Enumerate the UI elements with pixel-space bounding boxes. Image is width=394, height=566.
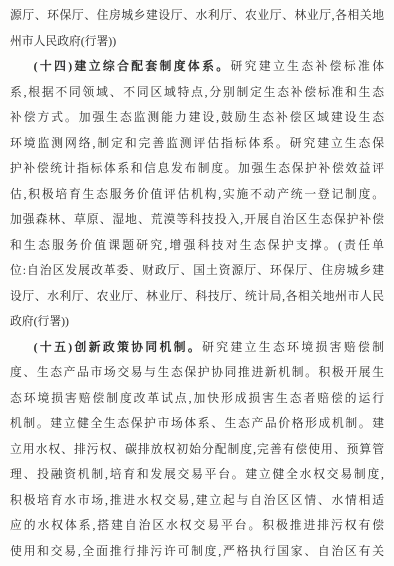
body-text: 系,根据不同领域、不同区域特点,分别制定生态补偿标准和生态 [10,85,384,99]
text-line: 使用和交易,全面推行排污许可制度,严格执行国家、自治区有关 [10,539,384,565]
responsible-units-text: 州市人民政府(行署)) [10,34,116,48]
body-text: 度、生态产品市场交易与生态保护协同推进新机制。积极开展生 [10,365,384,379]
body-text: 护补偿统计指标体系和信息发布制度。加强生态保护补偿效益评 [10,161,384,175]
responsible-units-text: 设厅、水利厅、农业厅、林业厅、科技厅、统计局,各相关地州市人民 [10,289,384,303]
text-line-responsible-units-end: 政府(行署)) [10,309,384,335]
body-text: 估,积极培育生态服务价值评估机构,实施不动产统一登记制度。 [10,187,384,201]
text-line-responsible-units: 设厅、水利厅、农业厅、林业厅、科技厅、统计局,各相关地州市人民 [10,284,384,310]
body-text: 研究建立生态环境损害赔偿制 [202,340,384,354]
body-text: 理、投融资机制,培育和发展交易平台。建立健全水权交易制度, [10,467,384,481]
text-line-responsible-units-continued: 源厅、环保厅、住房城乡建设厅、水利厅、农业厅、林业厅,各相关地 [10,3,384,29]
body-text: 研究建立生态补偿标准体 [230,59,384,73]
text-line-responsible-units-end: 州市人民政府(行署)) [10,29,384,55]
text-line: 加强森林、草原、湿地、荒漠等科技投入,开展自治区生态保护补偿 [10,207,384,233]
text-line: 系,根据不同领域、不同区域特点,分别制定生态补偿标准和生态 [10,80,384,106]
text-line: 护补偿统计指标体系和信息发布制度。加强生态保护补偿效益评 [10,156,384,182]
text-line-section-15-start: (十五)创新政策协同机制。研究建立生态环境损害赔偿制 [10,335,384,361]
text-line: 积极培育水市场,推进水权交易,建立起与自治区区情、水情相适 [10,488,384,514]
body-text: 机制。建立健全生态保护市场体系、生态产品价格形成机制。建 [10,416,384,430]
text-line: 态环境损害赔偿制度改革试点,加快形成损害生态者赔偿的运行 [10,386,384,412]
text-line: 度、生态产品市场交易与生态保护协同推进新机制。积极开展生 [10,360,384,386]
body-text: 立用水权、排污权、碳排放权初始分配制度,完善有偿使用、预算管 [10,442,384,456]
document-page: 源厅、环保厅、住房城乡建设厅、水利厅、农业厅、林业厅,各相关地 州市人民政府(行… [0,0,394,566]
text-line: 估,积极培育生态服务价值评估机构,实施不动产统一登记制度。 [10,182,384,208]
section-15-heading: (十五)创新政策协同机制。 [34,340,203,354]
body-text: 加强森林、草原、湿地、荒漠等科技投入,开展自治区生态保护补偿 [10,212,384,226]
text-line: 环境监测网络,制定和完善监测评估指标体系。研究建立生态保 [10,131,384,157]
body-text: 和生态服务价值课题研究,增强科技对生态保护支撑。 [10,238,338,252]
body-text: 积极培育水市场,推进水权交易,建立起与自治区区情、水情相适 [10,493,384,507]
body-text: 补偿方式。加强生态监测能力建设,鼓励生态补偿区域建设生态 [10,110,384,124]
text-line-responsible-units: 位:自治区发展改革委、财政厅、国土资源厅、环保厅、住房城乡建 [10,258,384,284]
text-line: 立用水权、排污权、碳排放权初始分配制度,完善有偿使用、预算管 [10,437,384,463]
text-line: 机制。建立健全生态保护市场体系、生态产品价格形成机制。建 [10,411,384,437]
text-line: 应的水权体系,搭建自治区水权交易平台。积极推进排污权有偿 [10,513,384,539]
responsible-units-text: 源厅、环保厅、住房城乡建设厅、水利厅、农业厅、林业厅,各相关地 [10,8,384,22]
body-text: 应的水权体系,搭建自治区水权交易平台。积极推进排污权有偿 [10,518,384,532]
text-line: 理、投融资机制,培育和发展交易平台。建立健全水权交易制度, [10,462,384,488]
text-line: 补偿方式。加强生态监测能力建设,鼓励生态补偿区域建设生态 [10,105,384,131]
body-text: 环境监测网络,制定和完善监测评估指标体系。研究建立生态保 [10,136,384,150]
body-text: 态环境损害赔偿制度改革试点,加快形成损害生态者赔偿的运行 [10,391,384,405]
text-line-responsible-units-start: 和生态服务价值课题研究,增强科技对生态保护支撑。(责任单 [10,233,384,259]
responsible-units-text: (责任单 [338,238,384,252]
text-line-section-14-start: (十四)建立综合配套制度体系。研究建立生态补偿标准体 [10,54,384,80]
body-text: 使用和交易,全面推行排污许可制度,严格执行国家、自治区有关 [10,544,384,558]
section-14-heading: (十四)建立综合配套制度体系。 [34,59,231,73]
responsible-units-text: 政府(行署)) [10,314,69,328]
responsible-units-text: 位:自治区发展改革委、财政厅、国土资源厅、环保厅、住房城乡建 [10,263,384,277]
